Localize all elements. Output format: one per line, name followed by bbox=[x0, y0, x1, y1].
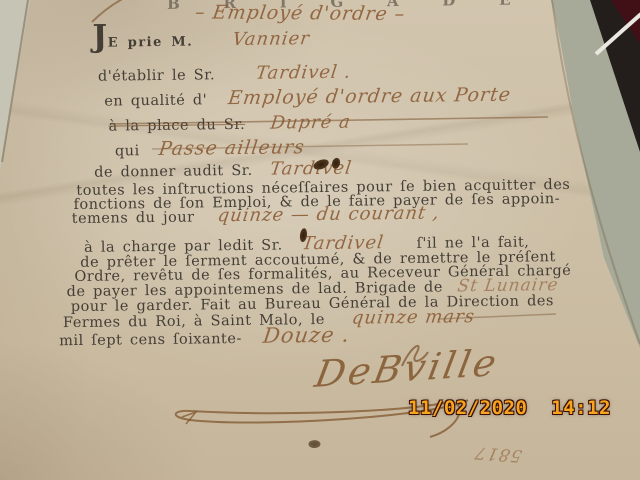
line-etablir: d'établir le Sr. Tardivel . bbox=[98, 62, 352, 86]
line-jour: temens du jour quinze — du courant , bbox=[72, 203, 440, 228]
hand-douze: Douze . bbox=[261, 323, 351, 348]
printed-qui: qui bbox=[115, 143, 140, 159]
drop-cap-j: J bbox=[92, 19, 108, 55]
printed-etablir: d'établir le Sr. bbox=[98, 67, 215, 84]
line-qualite: en qualité d' Employé d'ordre aux Porte bbox=[104, 84, 511, 111]
handwritten-header: – Employé d'ordre – bbox=[195, 1, 405, 25]
printed-mil: mil ſept cens ſoixante- bbox=[59, 331, 242, 349]
inverted-docket-number: 5817 bbox=[474, 442, 523, 465]
hand-name-tardivel-1: Tardivel . bbox=[255, 62, 353, 84]
line-place-struck: à la place du Sr. Dupré a bbox=[108, 112, 350, 136]
hand-employe-ordre: Employé d'ordre aux Porte bbox=[227, 84, 513, 109]
printed-jour: temens du jour bbox=[72, 210, 195, 227]
printed-qualite: en qualité d' bbox=[104, 92, 207, 109]
hand-name-dupre: Dupré a bbox=[269, 112, 352, 134]
line-qui-passe: qui Passe ailleurs bbox=[115, 136, 305, 160]
signature-text: DeBville bbox=[312, 341, 503, 396]
signature: DeBville bbox=[316, 346, 498, 391]
hand-name-vannier: Vannier bbox=[231, 28, 311, 50]
line-mil-sept-cens: mil ſept cens ſoixante- Douze . bbox=[59, 323, 350, 351]
printed-je-prie: E prie M. bbox=[108, 35, 194, 51]
header-hand-text: – Employé d'ordre – bbox=[194, 1, 407, 25]
ink-blot bbox=[308, 440, 320, 448]
camera-timestamp: 11/02/2020 14:12 bbox=[408, 397, 611, 419]
hand-quinze-mars: quinze mars bbox=[351, 306, 477, 329]
printed-place-struck: à la place du Sr. bbox=[109, 117, 246, 135]
hand-passe-ailleurs: Passe ailleurs bbox=[157, 136, 306, 160]
line-je-prie: JE prie M. Vannier bbox=[92, 28, 309, 52]
hand-quinze-courant: quinze — du courant , bbox=[216, 203, 441, 227]
photo-of-document: B R I G A D E – Employé d'ordre – JE pri… bbox=[0, 0, 640, 480]
docket-number-text: 5817 bbox=[473, 442, 524, 465]
